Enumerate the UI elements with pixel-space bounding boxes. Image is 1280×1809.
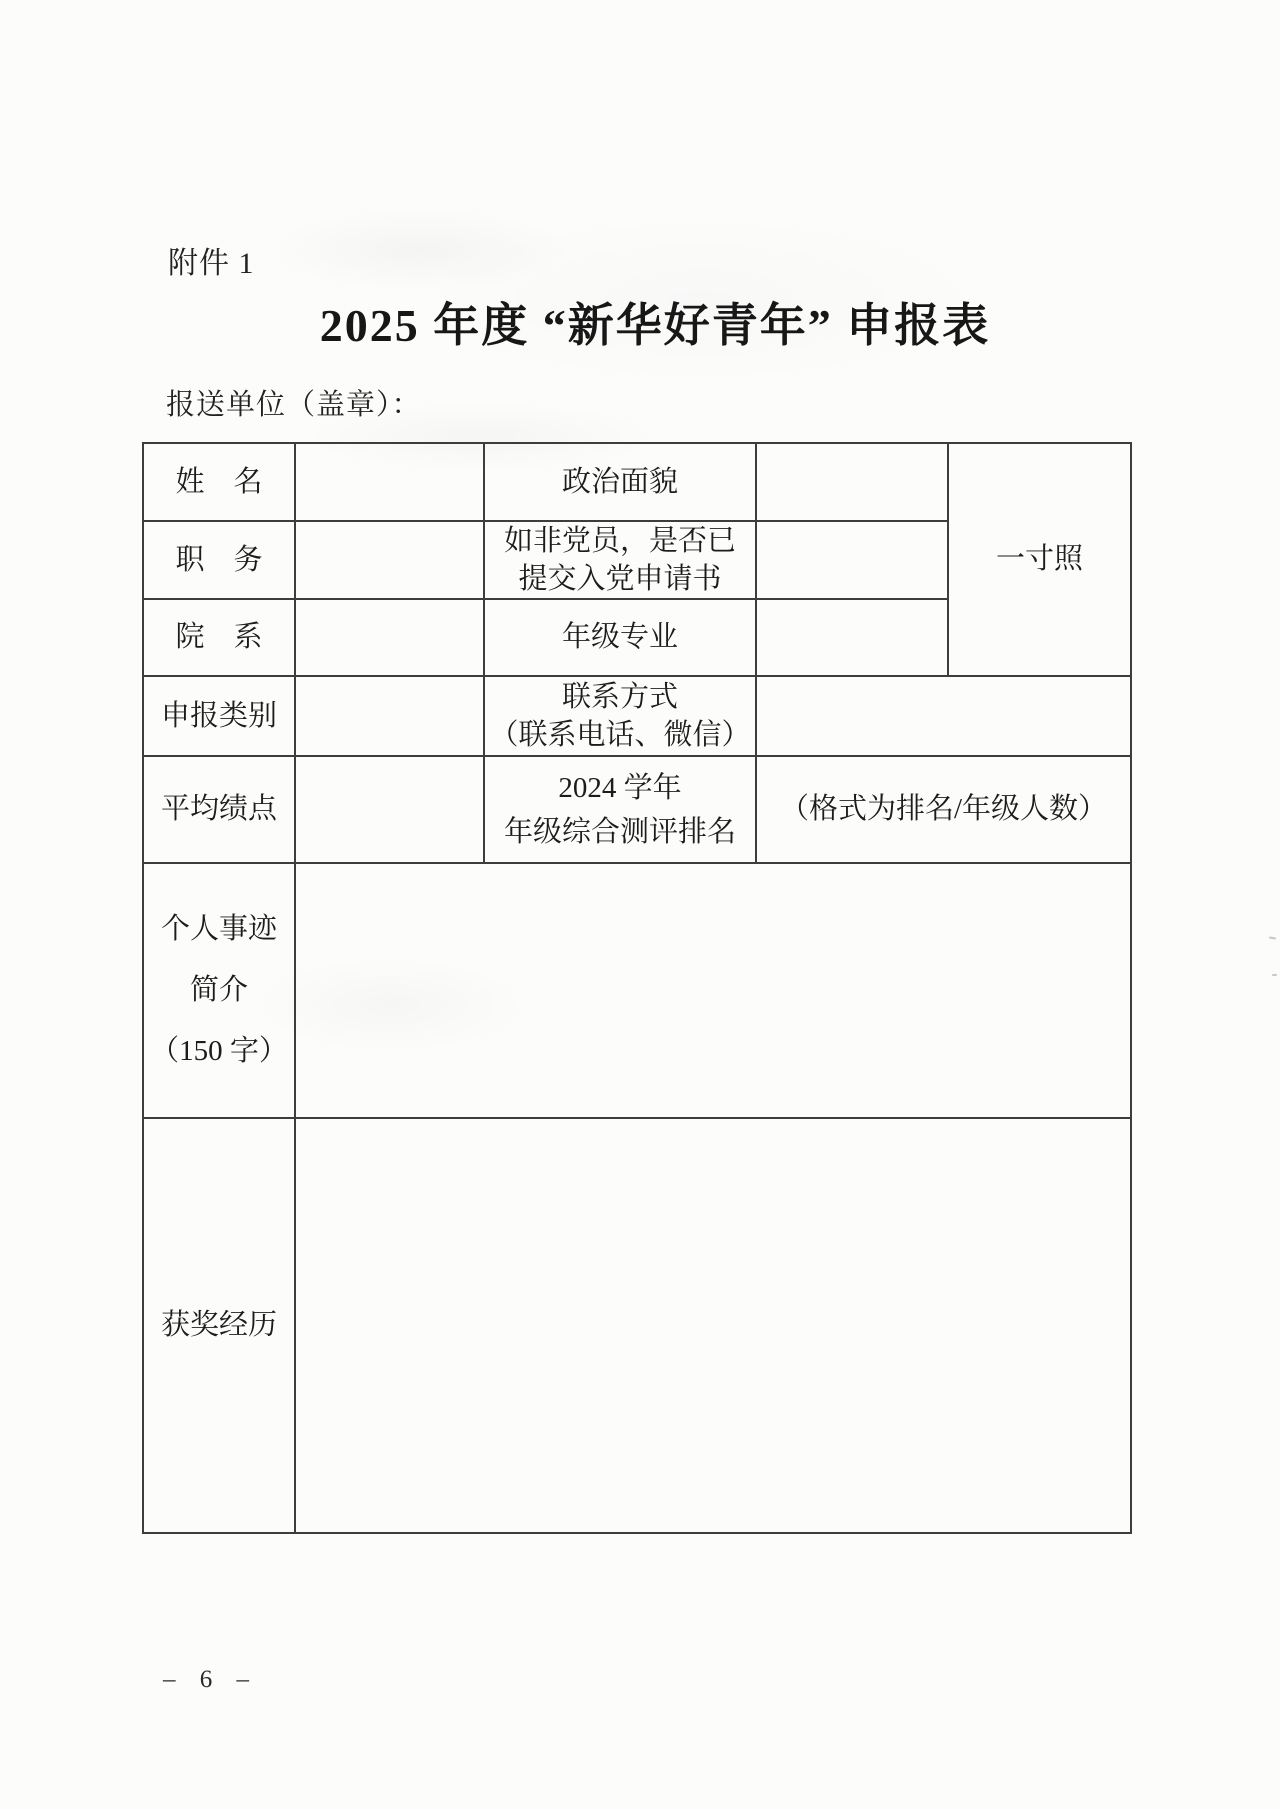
rank-label-cell: 2024 学年 年级综合测评排名 [484, 756, 756, 863]
grade-major-value-cell [756, 599, 948, 676]
profile-content-cell [295, 863, 1131, 1118]
position-label-cell: 职 务 [143, 521, 295, 599]
title-row: 2025 年度 “新华好青年” 申报表 [0, 289, 1280, 355]
department-label-cell: 院 系 [143, 599, 295, 676]
position-value-cell [295, 521, 484, 599]
gpa-value-cell [295, 756, 484, 863]
party-question-label-cell: 如非党员，是否已 提交入党申请书 [484, 521, 756, 599]
profile-line3: （150 字） [144, 1021, 294, 1082]
department-value-cell [295, 599, 484, 676]
row-awards: 获奖经历 [143, 1118, 1131, 1533]
profile-line2: 简介 [144, 960, 294, 1021]
category-label-cell: 申报类别 [143, 676, 295, 756]
awards-content-cell [295, 1118, 1131, 1533]
page-number: – 6 – [163, 1666, 258, 1694]
political-status-label-cell: 政治面貌 [484, 443, 756, 521]
row-name: 姓 名 政治面貌 一寸照 [143, 443, 1131, 521]
scanned-form-page: 附件 1 2025 年度 “新华好青年” 申报表 报送单位（盖章）： 姓 名 政… [0, 0, 1280, 1809]
rank-line1: 2024 学年 [485, 766, 755, 810]
awards-label-cell: 获奖经历 [143, 1118, 295, 1533]
political-status-value-cell [756, 443, 948, 521]
row-category: 申报类别 联系方式 （联系电话、微信） [143, 676, 1131, 756]
contact-value-cell [756, 676, 1131, 756]
contact-label-cell: 联系方式 （联系电话、微信） [484, 676, 756, 756]
profile-label-cell: 个人事迹 简介 （150 字） [143, 863, 295, 1118]
name-value-cell [295, 443, 484, 521]
gpa-label-cell: 平均绩点 [143, 756, 295, 863]
name-label-cell: 姓 名 [143, 443, 295, 521]
scan-speck [1269, 937, 1276, 940]
contact-line2: （联系电话、微信） [485, 716, 755, 754]
page-title: 2025 年度 “新华好青年” 申报表 [320, 289, 991, 355]
party-question-value-cell [756, 521, 948, 599]
submit-unit-label: 报送单位（盖章）： [166, 382, 422, 423]
profile-line1: 个人事迹 [144, 899, 294, 960]
photo-cell: 一寸照 [948, 443, 1131, 676]
application-table: 姓 名 政治面貌 一寸照 职 务 如非党员，是否已 提交入党申请书 院 系 年级… [142, 442, 1132, 1534]
contact-line1: 联系方式 [485, 678, 755, 716]
scan-speck [1272, 974, 1277, 977]
rank-format-hint-cell: （格式为排名/年级人数） [756, 756, 1131, 863]
party-question-line1: 如非党员，是否已 [485, 522, 755, 560]
row-profile: 个人事迹 简介 （150 字） [143, 863, 1131, 1118]
attachment-label: 附件 1 [168, 238, 255, 282]
category-value-cell [295, 676, 484, 756]
rank-line2: 年级综合测评排名 [485, 810, 755, 854]
party-question-line2: 提交入党申请书 [485, 560, 755, 598]
grade-major-label-cell: 年级专业 [484, 599, 756, 676]
row-gpa-rank: 平均绩点 2024 学年 年级综合测评排名 （格式为排名/年级人数） [143, 756, 1131, 863]
